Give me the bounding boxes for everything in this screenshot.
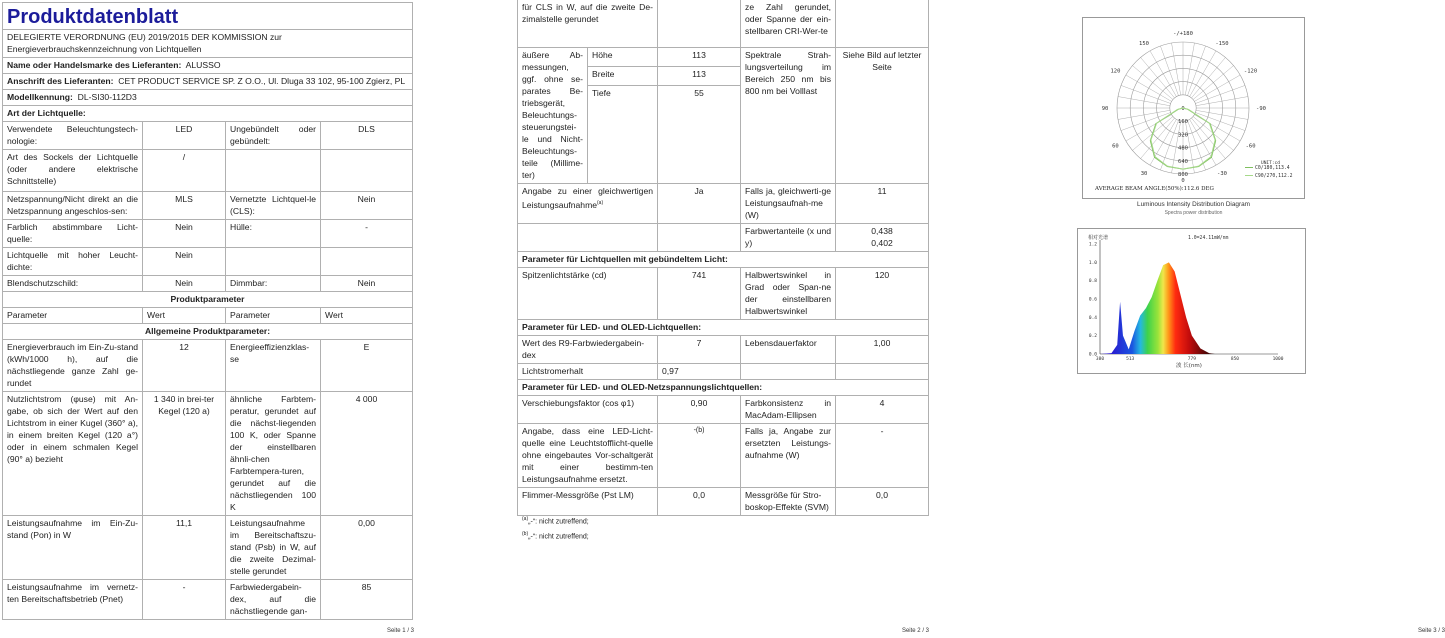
directional-heading: Parameter für Lichtquellen mit gebündelt…: [518, 252, 929, 268]
column-header: Wert: [143, 308, 226, 324]
svg-text:150: 150: [1139, 41, 1149, 47]
param-cell: Flimmer-Messgröße (Pst LM): [518, 488, 658, 516]
param-cell: Farbkonsistenz in MacAdam-Ellipsen: [741, 396, 836, 424]
supplier-name-value: ALUSSO: [186, 60, 221, 70]
table-row: Lichtstromerhalt 0,97: [518, 364, 929, 380]
value-cell: [836, 364, 929, 380]
svg-text:-90: -90: [1256, 106, 1266, 112]
footnote-text: „-“: nicht zutreffend;: [528, 534, 589, 541]
regulation-line-1: DELEGIERTE VERORDNUNG (EU) 2019/2015 DER…: [7, 31, 408, 43]
equiv-power-label: Angabe zu einer gleichwertigen Leistungs…: [522, 186, 653, 210]
svg-text:513: 513: [1126, 356, 1134, 362]
param-cell: Energieeffizienzklas-se: [226, 340, 321, 392]
page-title: Produktdatenblatt: [3, 3, 413, 30]
polar-intensity-diagram: -/+180-150150-120120-9090-6060-303001603…: [1082, 17, 1305, 199]
param-cell: Art des Sockels der Lichtquelle (oder an…: [3, 150, 143, 192]
footnote-text: „-“: nicht zutreffend;: [528, 518, 589, 525]
value-cell: /: [143, 150, 226, 192]
dimension-name: Tiefe: [588, 86, 658, 184]
svg-text:-150: -150: [1215, 41, 1228, 47]
table-row: Energieverbrauch im Ein-Zu-stand (kWh/10…: [3, 340, 413, 392]
table-row: Verwendete Beleuchtungstech-nologie: LED…: [3, 122, 413, 150]
table-row: Verschiebungsfaktor (cos φ1) 0,90 Farbko…: [518, 396, 929, 424]
svg-text:120: 120: [1110, 69, 1120, 75]
param-cell: Verschiebungsfaktor (cos φ1): [518, 396, 658, 424]
dimension-value: 113: [658, 48, 741, 67]
param-cell: Messgröße für Stro-boskop-Effekte (SVM): [741, 488, 836, 516]
svg-text:320: 320: [1178, 132, 1188, 138]
value-cell: 0,97: [658, 364, 741, 380]
value-cell: 0,0: [658, 488, 741, 516]
model-row: Modellkennung: DL-SI30-112D3: [3, 90, 413, 106]
table-row: Farbwertanteile (x und y) 0,438 0,402: [518, 224, 929, 252]
regulation-text: DELEGIERTE VERORDNUNG (EU) 2019/2015 DER…: [3, 30, 413, 58]
product-params-heading: Produktparameter: [3, 292, 413, 308]
value-cell: [658, 224, 741, 252]
svg-text:1.2: 1.2: [1089, 242, 1097, 248]
table-row: Wert des R9-Farbwiedergabein-dex 7 Leben…: [518, 336, 929, 364]
spectral-distribution-chart: 0.00.20.40.60.81.01.23805137798501000波 长…: [1077, 228, 1306, 374]
param-cell: Falls ja, Angabe zur ersetzten Leistungs…: [741, 424, 836, 488]
light-source-type-heading: Art der Lichtquelle:: [3, 106, 413, 122]
page-2: für CLS in W, auf die zweite De-zimalste…: [515, 0, 935, 638]
value-cell: Nein: [321, 192, 413, 220]
svg-text:1000: 1000: [1273, 356, 1284, 362]
param-cell: Netzspannung/Nicht direkt an die Netzspa…: [3, 192, 143, 220]
product-data-table-page-2: für CLS in W, auf die zweite De-zimalste…: [517, 0, 929, 516]
footnote: (b)„-“: nicht zutreffend;: [522, 528, 589, 543]
dimension-value: 55: [658, 86, 741, 184]
param-cell: Leistungsaufnahme im Bereitschaftszu-sta…: [226, 516, 321, 580]
param-cell: [226, 248, 321, 276]
param-cell: Nutzlichtstrom (φuse) mit An-gabe, ob si…: [3, 392, 143, 516]
value-cell: Nein: [143, 248, 226, 276]
param-cell: Ungebündelt oder gebündelt:: [226, 122, 321, 150]
table-row: Lichtquelle mit hoher Leucht-dichte: Nei…: [3, 248, 413, 276]
param-cell: Farbwertanteile (x und y): [741, 224, 836, 252]
svg-text:1.0: 1.0: [1089, 260, 1097, 266]
svg-text:相对光谱: 相对光谱: [1088, 234, 1108, 241]
value-cell: 741: [658, 268, 741, 320]
table-row: Art des Sockels der Lichtquelle (oder an…: [3, 150, 413, 192]
supplier-address-value: CET PRODUCT SERVICE SP. Z O.O., Ul. Dlug…: [118, 76, 405, 86]
value-cell: [836, 0, 929, 48]
dimension-name: Höhe: [588, 48, 658, 67]
svg-text:-60: -60: [1246, 144, 1256, 150]
param-cell: Verwendete Beleuchtungstech-nologie:: [3, 122, 143, 150]
table-row: Flimmer-Messgröße (Pst LM) 0,0 Messgröße…: [518, 488, 929, 516]
value-cell: LED: [143, 122, 226, 150]
param-cell: für CLS in W, auf die zweite De-zimalste…: [518, 0, 658, 48]
svg-text:-120: -120: [1244, 69, 1257, 75]
param-cell: ze Zahl gerundet, oder Spanne der ein-st…: [741, 0, 836, 48]
table-row: Leistungsaufnahme im vernetz-ten Bereits…: [3, 580, 413, 620]
svg-text:30: 30: [1141, 171, 1148, 177]
param-cell: Hülle:: [226, 220, 321, 248]
value-cell: Nein: [321, 276, 413, 292]
dimensions-label: äußere Ab-messungen, ggf. ohne se-parate…: [518, 48, 588, 184]
product-data-table-page-1: Produktdatenblatt DELEGIERTE VERORDNUNG …: [2, 2, 413, 620]
param-cell: Falls ja, gleichwerti-ge Leistungsaufnah…: [741, 184, 836, 224]
supplier-name-label: Name oder Handelsmarke des Lieferanten:: [7, 60, 181, 70]
value-cell: MLS: [143, 192, 226, 220]
chroma-x: 0,438: [840, 225, 924, 237]
value-cell: 1,00: [836, 336, 929, 364]
column-header: Parameter: [226, 308, 321, 324]
value-cell: Nein: [143, 276, 226, 292]
general-params-heading: Allgemeine Produktparameter:: [3, 324, 413, 340]
param-cell: Energieverbrauch im Ein-Zu-stand (kWh/10…: [3, 340, 143, 392]
param-cell: Spektrale Strah-lungsverteilung im Berei…: [741, 48, 836, 184]
param-cell: Lebensdauerfaktor: [741, 336, 836, 364]
dimension-name: Breite: [588, 67, 658, 86]
column-header-row: Parameter Wert Parameter Wert: [3, 308, 413, 324]
model-value: DL-SI30-112D3: [78, 92, 137, 102]
supplier-address-row: Anschrift des Lieferanten: CET PRODUCT S…: [3, 74, 413, 90]
value-cell: 1 340 in brei-ter Kegel (120 a): [143, 392, 226, 516]
value-cell: -(b): [658, 424, 741, 488]
svg-text:C90/270,112.2: C90/270,112.2: [1255, 173, 1293, 179]
param-cell: Dimmbar:: [226, 276, 321, 292]
svg-text:640: 640: [1178, 159, 1188, 165]
svg-text:AVERAGE BEAM ANGLE(50%):112.6: AVERAGE BEAM ANGLE(50%):112.6 DEG: [1094, 185, 1214, 192]
table-row: Farblich abstimmbare Licht-quelle: Nein …: [3, 220, 413, 248]
table-row: Netzspannung/Nicht direkt an die Netzspa…: [3, 192, 413, 220]
param-cell: Blendschutzschild:: [3, 276, 143, 292]
value-cell: Nein: [143, 220, 226, 248]
value-cell: -: [321, 220, 413, 248]
value-cell: E: [321, 340, 413, 392]
value-cell: DLS: [321, 122, 413, 150]
param-cell: Angabe zu einer gleichwertigen Leistungs…: [518, 184, 658, 224]
value-cell: Siehe Bild auf letzter Seite: [836, 48, 929, 184]
model-label: Modellkennung:: [7, 92, 73, 102]
value-cell: [658, 0, 741, 48]
table-row: Leistungsaufnahme im Ein-Zu-stand (Pon) …: [3, 516, 413, 580]
param-cell: Angabe, dass eine LED-Licht-quelle eine …: [518, 424, 658, 488]
param-cell: Vernetzte Lichtquel-le (CLS):: [226, 192, 321, 220]
table-row: Nutzlichtstrom (φuse) mit An-gabe, ob si…: [3, 392, 413, 516]
param-cell: Lichtstromerhalt: [518, 364, 658, 380]
value-cell: [321, 248, 413, 276]
led-heading: Parameter für LED- und OLED-Lichtquellen…: [518, 320, 929, 336]
param-cell: ähnliche Farbtem-peratur, gerundet auf d…: [226, 392, 321, 516]
svg-text:-/+180: -/+180: [1173, 31, 1193, 37]
value-cell: Ja: [658, 184, 741, 224]
value-cell: 85: [321, 580, 413, 620]
supplier-name-row: Name oder Handelsmarke des Lieferanten: …: [3, 58, 413, 74]
svg-text:380: 380: [1096, 356, 1104, 362]
param-cell: [518, 224, 658, 252]
footnotes: (a)„-“: nicht zutreffend; (b)„-“: nicht …: [522, 513, 589, 544]
value-cell: 0,0: [836, 488, 929, 516]
page-1: Produktdatenblatt DELEGIERTE VERORDNUNG …: [0, 0, 420, 638]
value-cell: [321, 150, 413, 192]
polar-chart: -/+180-150150-120120-9090-6060-303001603…: [1083, 18, 1304, 198]
polar-caption: Luminous Intensity Distribution Diagram: [1082, 201, 1305, 208]
page-number: Seite 2 / 3: [902, 628, 929, 634]
footnote: (a)„-“: nicht zutreffend;: [522, 513, 589, 528]
value-cell: 120: [836, 268, 929, 320]
svg-text:480: 480: [1178, 146, 1188, 152]
svg-text:0.4: 0.4: [1089, 315, 1097, 321]
value-cell: 7: [658, 336, 741, 364]
table-row: Angabe zu einer gleichwertigen Leistungs…: [518, 184, 929, 224]
param-cell: [226, 150, 321, 192]
svg-text:0.6: 0.6: [1089, 297, 1097, 303]
value-cell: 4: [836, 396, 929, 424]
svg-text:0.8: 0.8: [1089, 278, 1097, 284]
svg-text:0.2: 0.2: [1089, 333, 1097, 339]
value-cell: 11: [836, 184, 929, 224]
svg-text:0: 0: [1181, 178, 1184, 184]
svg-text:波 长(nm): 波 长(nm): [1176, 361, 1202, 369]
svg-text:850: 850: [1231, 356, 1239, 362]
svg-text:C0/180,113.4: C0/180,113.4: [1255, 165, 1290, 171]
param-cell: Leistungsaufnahme im Ein-Zu-stand (Pon) …: [3, 516, 143, 580]
mains-heading: Parameter für LED- und OLED-Netzspannung…: [518, 380, 929, 396]
param-cell: Farblich abstimmbare Licht-quelle:: [3, 220, 143, 248]
svg-text:60: 60: [1112, 144, 1119, 150]
value-cell: 0,90: [658, 396, 741, 424]
param-cell: Lichtquelle mit hoher Leucht-dichte:: [3, 248, 143, 276]
svg-text:90: 90: [1102, 106, 1109, 112]
table-row: Angabe, dass eine LED-Licht-quelle eine …: [518, 424, 929, 488]
value-cell: 0,438 0,402: [836, 224, 929, 252]
column-header: Parameter: [3, 308, 143, 324]
value-cell: 11,1: [143, 516, 226, 580]
page-number: Seite 3 / 3: [1418, 628, 1445, 634]
table-row: Spitzenlichtstärke (cd) 741 Halbwertswin…: [518, 268, 929, 320]
page-number: Seite 1 / 3: [387, 628, 414, 634]
value-cell: 4 000: [321, 392, 413, 516]
value-cell: 12: [143, 340, 226, 392]
svg-text:160: 160: [1178, 119, 1188, 125]
footnote-mark: (a): [597, 200, 603, 206]
param-cell: Leistungsaufnahme im vernetz-ten Bereits…: [3, 580, 143, 620]
page-3: -/+180-150150-120120-9090-6060-303001603…: [1060, 0, 1445, 638]
svg-text:0: 0: [1181, 106, 1184, 112]
dimensions-row: äußere Ab-messungen, ggf. ohne se-parate…: [518, 48, 929, 67]
value-cell: -: [143, 580, 226, 620]
column-header: Wert: [321, 308, 413, 324]
table-row: für CLS in W, auf die zweite De-zimalste…: [518, 0, 929, 48]
value-cell: -: [836, 424, 929, 488]
supplier-address-label: Anschrift des Lieferanten:: [7, 76, 114, 86]
svg-text:-30: -30: [1217, 171, 1227, 177]
chroma-y: 0,402: [840, 237, 924, 249]
table-row: Blendschutzschild: Nein Dimmbar: Nein: [3, 276, 413, 292]
param-cell: [741, 364, 836, 380]
param-cell: Wert des R9-Farbwiedergabein-dex: [518, 336, 658, 364]
value-cell: 0,00: [321, 516, 413, 580]
param-cell: Farbwiedergabein-dex, auf die nächstlieg…: [226, 580, 321, 620]
param-cell: Halbwertswinkel in Grad oder Span-ne der…: [741, 268, 836, 320]
param-cell: Spitzenlichtstärke (cd): [518, 268, 658, 320]
dimension-value: 113: [658, 67, 741, 86]
svg-text:1.0=24.11mW/nm: 1.0=24.11mW/nm: [1188, 235, 1229, 241]
regulation-line-2: Energieverbrauchskennzeichnung von Licht…: [7, 43, 408, 55]
svg-text:779: 779: [1188, 356, 1196, 362]
spectrum-caption: Spectra power distribution: [1082, 210, 1305, 216]
spectrum-chart: 0.00.20.40.60.81.01.23805137798501000波 长…: [1078, 229, 1305, 373]
